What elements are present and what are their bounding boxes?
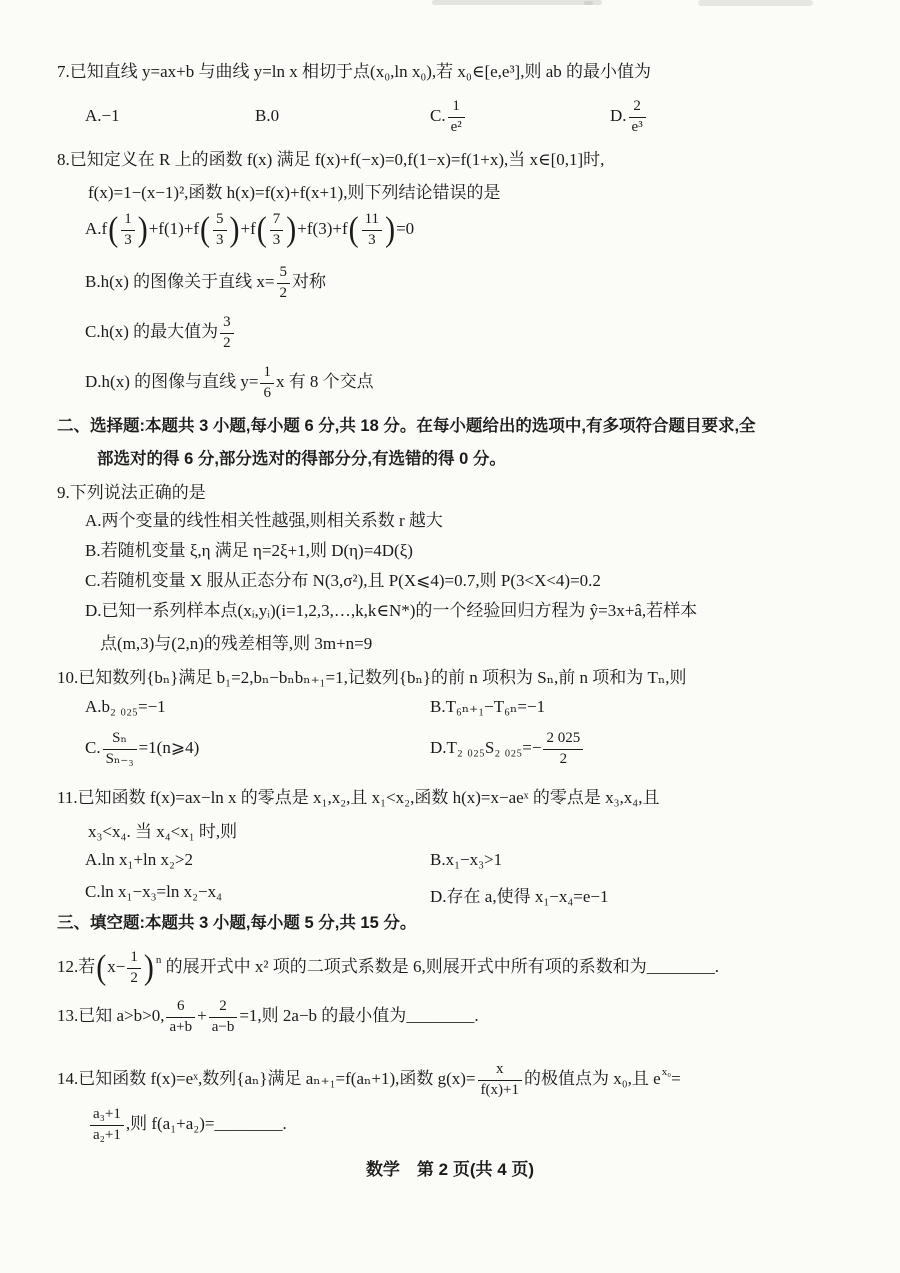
superscript: x₀ (662, 1066, 671, 1078)
fraction-denominator: 2 (543, 750, 583, 768)
text-run: +f(3)+f (297, 219, 347, 238)
q10-option-a: A.b₂ ₀₂₅=−1 (85, 697, 166, 717)
fraction-numerator: Sₙ (103, 730, 137, 749)
text-run: ,则 f(a₁+a₂)= (126, 1114, 215, 1133)
q10-option-b: B.T₆ₙ₊₁−T₆ₙ=−1 (430, 697, 545, 717)
question-9-text: 9.下列说法正确的是 (57, 481, 206, 505)
question-11-options-ab: A.ln x₁+ln x₂>2 B.x₁−x₃>1 (57, 850, 900, 876)
fraction-numerator: 2 025 (543, 730, 583, 749)
fraction: 52 (277, 264, 291, 302)
fraction-numerator: 2 (209, 998, 238, 1017)
text-run: B.h(x) 的图像关于直线 x= (85, 272, 275, 291)
big-paren: ) (230, 215, 240, 244)
q7-option-c: C.1e² (430, 92, 467, 140)
text-run: . (715, 957, 719, 976)
q7-option-b: B.0 (255, 92, 279, 140)
question-11-options-cd: C.ln x₁−x₃=ln x₂−x₄ D.存在 a,使得 x₁−x₄=e−1 (57, 882, 900, 908)
text-run: =0 (396, 219, 414, 238)
text-run: +f (241, 219, 256, 238)
question-7-text: 7.已知直线 y=ax+b 与曲线 y=ln x 相切于点(x₀,ln x₀),… (57, 60, 651, 84)
big-paren: ( (349, 215, 359, 244)
fraction-numerator: a₃+1 (90, 1106, 124, 1125)
big-paren: ) (385, 215, 395, 244)
question-11-text-line-2: x₃<x₄. 当 x₄<x₁ 时,则 (88, 820, 237, 844)
text-run: = (671, 1069, 681, 1088)
q7-option-a: A.−1 (85, 92, 120, 140)
fraction-numerator: 5 (277, 264, 291, 283)
q8-option-b: B.h(x) 的图像关于直线 x=52对称 (85, 258, 326, 306)
fraction: xf(x)+1 (478, 1061, 522, 1099)
q8-option-c: C.h(x) 的最大值为32 (85, 308, 236, 356)
question-8-text-line-1: 8.已知定义在 R 上的函数 f(x) 满足 f(x)+f(−x)=0,f(1−… (57, 148, 604, 172)
text-run: . (474, 1006, 478, 1025)
fraction: 1e² (448, 98, 465, 136)
q9-option-a: A.两个变量的线性相关性越强,则相关系数 r 越大 (85, 509, 443, 533)
fraction-denominator: e² (448, 118, 465, 136)
text-run: +f(1)+f (149, 219, 199, 238)
fraction: 13 (121, 211, 135, 249)
fraction: 2 0252 (543, 730, 583, 768)
fraction-denominator: a₂+1 (90, 1126, 124, 1144)
text-run: D.h(x) 的图像与直线 y= (85, 372, 258, 391)
fraction: 12 (127, 949, 141, 987)
fraction-numerator: 7 (270, 211, 284, 230)
big-paren: ( (108, 215, 118, 244)
question-13: 13.已知 a>b>0,6a+b+2a−b=1,则 2a−b 的最小值为____… (57, 990, 479, 1042)
fraction: 113 (362, 211, 382, 249)
answer-blank: ________ (647, 957, 715, 976)
question-10-options-ab: A.b₂ ₀₂₅=−1 B.T₆ₙ₊₁−T₆ₙ=−1 (57, 697, 900, 723)
question-12: 12.若(x−12)n 的展开式中 x² 项的二项式系数是 6,则展开式中所有项… (57, 934, 719, 986)
question-14-line-2: a₃+1a₂+1,则 f(a₁+a₂)=________. (88, 1098, 287, 1150)
fraction-denominator: 3 (121, 231, 135, 249)
q8-option-a: A.f(13)+f(1)+f(53)+f(73)+f(3)+f(113)=0 (85, 205, 414, 253)
q7-option-d: D.2e³ (610, 92, 648, 140)
text-run: 的极值点为 x₀,且 e (524, 1069, 661, 1088)
q9-option-c: C.若随机变量 X 服从正态分布 N(3,σ²),且 P(X⩽4)=0.7,则 … (85, 569, 601, 593)
question-7-options: A.−1 B.0 C.1e² D.2e³ (57, 92, 900, 140)
question-8-text-line-2: f(x)=1−(x−1)²,函数 h(x)=f(x)+f(x+1),则下列结论错… (88, 181, 500, 205)
fraction-denominator: 2 (277, 284, 291, 302)
big-paren: ) (144, 953, 154, 982)
q11-option-c: C.ln x₁−x₃=ln x₂−x₄ (85, 882, 222, 902)
fraction: 6a+b (166, 998, 195, 1036)
fraction: 2e³ (629, 98, 646, 136)
text-run: x− (107, 957, 125, 976)
text-run: 12.若 (57, 957, 95, 976)
section-2-header-line-2: 部选对的得 6 分,部分选对的得部分分,有选错的得 0 分。 (97, 448, 506, 471)
fraction-denominator: 3 (362, 231, 382, 249)
question-14-line-1: 14.已知函数 f(x)=eˣ,数列{aₙ}满足 aₙ₊₁=f(aₙ+1),函数… (57, 1044, 681, 1100)
q9-option-d-line-2: 点(m,3)与(2,n)的残差相等,则 3m+n=9 (100, 632, 372, 656)
question-11-text-line-1: 11.已知函数 f(x)=ax−ln x 的零点是 x₁,x₂,且 x₁<x₂,… (57, 786, 659, 810)
text-run: 的展开式中 x² 项的二项式系数是 6,则展开式中所有项的系数和为 (161, 957, 646, 976)
fraction-denominator: e³ (629, 118, 646, 136)
text-run: A.f (85, 219, 107, 238)
fraction-denominator: 3 (213, 231, 227, 249)
q10-option-c: C.SₙSₙ₋₃=1(n⩾4) (85, 722, 199, 774)
fraction: SₙSₙ₋₃ (103, 730, 137, 768)
big-paren: ( (257, 215, 267, 244)
text-run: C. (85, 738, 101, 757)
fraction-denominator: 6 (260, 384, 274, 402)
fraction-denominator: 2 (220, 334, 234, 352)
fraction-denominator: a−b (209, 1018, 238, 1036)
text-run: 13.已知 a>b>0, (57, 1006, 164, 1025)
fraction: 2a−b (209, 998, 238, 1036)
scan-artifact-1 (432, 0, 602, 5)
text-run: 对称 (292, 272, 326, 291)
fraction: 73 (270, 211, 284, 249)
text-run: =1,则 2a−b 的最小值为 (239, 1006, 406, 1025)
fraction-denominator: Sₙ₋₃ (103, 750, 137, 768)
scan-artifact-2 (698, 0, 813, 6)
fraction-numerator: 1 (121, 211, 135, 230)
fraction-denominator: 3 (270, 231, 284, 249)
fraction-numerator: x (478, 1061, 522, 1080)
fraction-denominator: a+b (166, 1018, 195, 1036)
fraction-numerator: 6 (166, 998, 195, 1017)
page-footer: 数学 第 2 页(共 4 页) (0, 1155, 900, 1180)
text-run: D. (610, 106, 627, 125)
fraction-denominator: f(x)+1 (478, 1081, 522, 1099)
fraction-denominator: 2 (127, 969, 141, 987)
fraction-numerator: 1 (448, 98, 465, 117)
text-run: + (197, 1006, 207, 1025)
fraction: a₃+1a₂+1 (90, 1106, 124, 1144)
q9-option-d-line-1: D.已知一系列样本点(xᵢ,yᵢ)(i=1,2,3,…,k,k∈N*)的一个经验… (85, 599, 697, 623)
question-10-options-cd: C.SₙSₙ₋₃=1(n⩾4) D.T₂ ₀₂₅S₂ ₀₂₅=−2 0252 (57, 722, 900, 774)
text-run: C.h(x) 的最大值为 (85, 322, 218, 341)
fraction-numerator: 5 (213, 211, 227, 230)
text-run: C. (430, 106, 446, 125)
fraction-numerator: 11 (362, 211, 382, 230)
answer-blank: ________ (214, 1114, 282, 1133)
q11-option-a: A.ln x₁+ln x₂>2 (85, 850, 193, 870)
fraction-numerator: 2 (629, 98, 646, 117)
fraction: 16 (260, 364, 274, 402)
text-run: x 有 8 个交点 (276, 372, 374, 391)
fraction: 53 (213, 211, 227, 249)
fraction-numerator: 3 (220, 314, 234, 333)
big-paren: ( (96, 953, 106, 982)
q11-option-d: D.存在 a,使得 x₁−x₄=e−1 (430, 882, 608, 907)
big-paren: ( (200, 215, 210, 244)
text-run: D.T₂ ₀₂₅S₂ ₀₂₅=− (430, 738, 541, 757)
q10-option-d: D.T₂ ₀₂₅S₂ ₀₂₅=−2 0252 (430, 722, 585, 774)
exam-page: 7.已知直线 y=ax+b 与曲线 y=ln x 相切于点(x₀,ln x₀),… (0, 0, 900, 1273)
section-2-header-line-1: 二、选择题:本题共 3 小题,每小题 6 分,共 18 分。在每小题给出的选项中… (57, 415, 756, 438)
text-run: . (282, 1114, 286, 1133)
q9-option-b: B.若随机变量 ξ,η 满足 η=2ξ+1,则 D(η)=4D(ξ) (85, 539, 413, 563)
fraction-numerator: 1 (127, 949, 141, 968)
text-run: =1(n⩾4) (139, 738, 200, 757)
text-run: 14.已知函数 f(x)=eˣ,数列{aₙ}满足 aₙ₊₁=f(aₙ+1),函数… (57, 1069, 476, 1088)
scan-artifact-3 (584, 1, 593, 5)
fraction: 32 (220, 314, 234, 352)
section-3-header: 三、填空题:本题共 3 小题,每小题 5 分,共 15 分。 (57, 912, 416, 935)
big-paren: ) (138, 215, 148, 244)
q11-option-b: B.x₁−x₃>1 (430, 850, 502, 870)
q8-option-d: D.h(x) 的图像与直线 y=16x 有 8 个交点 (85, 358, 374, 406)
answer-blank: ________ (406, 1006, 474, 1025)
fraction-numerator: 1 (260, 364, 274, 383)
big-paren: ) (286, 215, 296, 244)
question-10-text: 10.已知数列{bₙ}满足 b₁=2,bₙ−bₙbₙ₊₁=1,记数列{bₙ}的前… (57, 666, 687, 690)
